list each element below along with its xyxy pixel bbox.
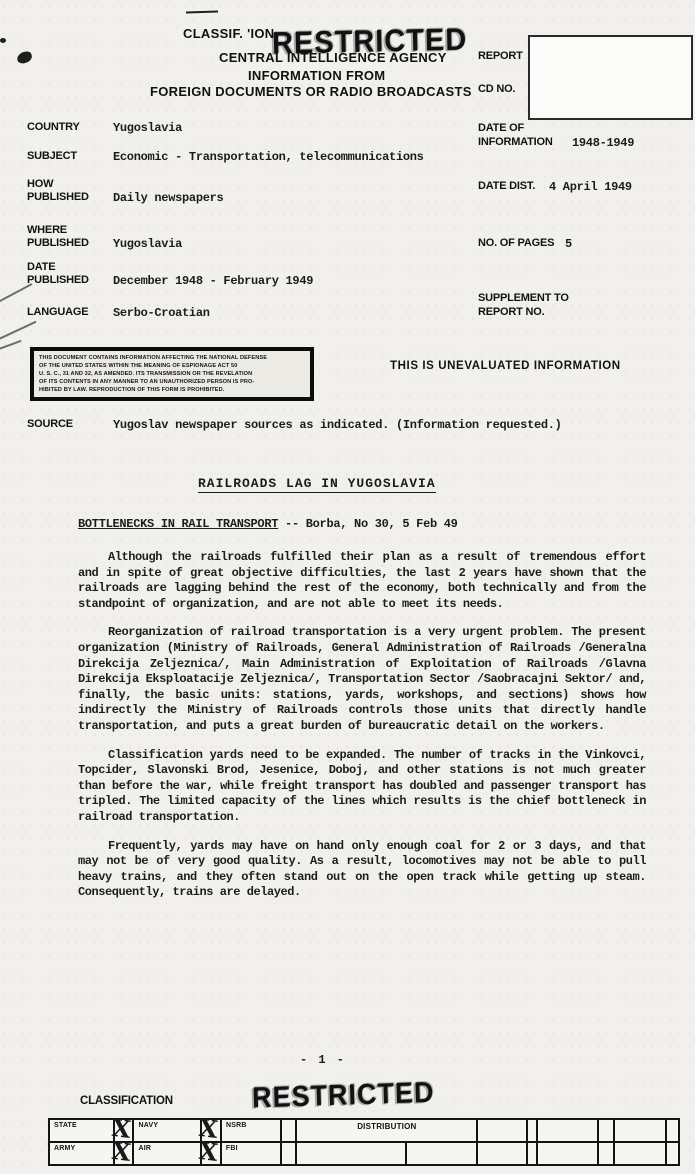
date-published-value: December 1948 - February 1949	[113, 274, 313, 288]
checkbox-fbi: X	[202, 1143, 222, 1164]
footer-classification-label: CLASSIFICATION	[80, 1095, 173, 1107]
checkbox-army-air: X	[115, 1143, 135, 1164]
classification-line: CLASSIF. 'ION	[183, 26, 275, 41]
paragraph: Although the railroads fulfilled their p…	[78, 550, 646, 612]
report-label: REPORT	[478, 50, 523, 62]
cell-army: ARMY	[50, 1143, 115, 1164]
cell-fbi: FBI	[222, 1143, 282, 1164]
distribution-row-1: STATE X NAVY X NSRB DISTRIBUTION	[50, 1120, 678, 1143]
cell-empty	[528, 1120, 538, 1141]
cell-navy: NAVY	[134, 1120, 202, 1141]
unevaluated-notice: THIS IS UNEVALUATED INFORMATION	[390, 360, 621, 372]
check-x-mark: X	[110, 1139, 132, 1165]
distribution-table: STATE X NAVY X NSRB DISTRIBUTION ARMY X …	[48, 1118, 680, 1166]
page-number: - 1 -	[300, 1053, 346, 1067]
headline-main: BOTTLENECKS IN RAIL TRANSPORT	[78, 517, 278, 531]
cell-empty	[478, 1120, 528, 1141]
subject-label: SUBJECT	[27, 150, 77, 162]
cell-empty	[599, 1120, 615, 1141]
ink-speck	[0, 38, 6, 43]
cell-empty	[667, 1143, 678, 1164]
language-value: Serbo-Croatian	[113, 306, 210, 320]
margin-pencil-stroke	[0, 340, 21, 352]
date-of-information-label-2: INFORMATION	[478, 136, 553, 148]
margin-pencil-stroke	[0, 283, 32, 302]
cell-empty	[528, 1143, 538, 1164]
article-headline: BOTTLENECKS IN RAIL TRANSPORT -- Borba, …	[78, 517, 458, 531]
ink-blot	[16, 50, 33, 65]
cell-distribution-header: DISTRIBUTION	[297, 1120, 478, 1141]
where-published-value: Yugoslavia	[113, 237, 182, 251]
cell-empty	[615, 1120, 667, 1141]
how-published-label-1: HOW	[27, 178, 53, 190]
cell-empty	[282, 1143, 298, 1164]
where-published-label-2: PUBLISHED	[27, 237, 89, 249]
how-published-value: Daily newspapers	[113, 191, 223, 205]
no-of-pages-label: NO. OF PAGES	[478, 237, 554, 249]
security-warning-line: THIS DOCUMENT CONTAINS INFORMATION AFFEC…	[39, 354, 305, 362]
security-warning-line: OF ITS CONTENTS IN ANY MANNER TO AN UNAU…	[39, 378, 305, 386]
cell-empty	[538, 1120, 600, 1141]
source-value: Yugoslav newspaper sources as indicated.…	[113, 418, 562, 432]
cell-empty	[478, 1143, 528, 1164]
margin-pencil-stroke	[0, 321, 36, 341]
cell-empty	[282, 1120, 298, 1141]
distribution-row-2: ARMY X AIR X FBI	[50, 1143, 678, 1164]
report-number-box	[528, 35, 693, 120]
security-warning-line: HIBITED BY LAW. REPRODUCTION OF THIS FOR…	[39, 386, 305, 394]
paragraph: Reorganization of railroad transportatio…	[78, 625, 646, 734]
restricted-stamp-bottom: RESTRICTED	[252, 1076, 435, 1115]
cell-empty	[538, 1143, 600, 1164]
how-published-label-2: PUBLISHED	[27, 191, 89, 203]
cell-empty	[297, 1143, 406, 1164]
info-from-line2: FOREIGN DOCUMENTS OR RADIO BROADCASTS	[150, 84, 472, 99]
headline-source-ref: -- Borba, No 30, 5 Feb 49	[278, 517, 457, 531]
top-dash-mark	[186, 10, 218, 13]
paragraph: Classification yards need to be expanded…	[78, 748, 646, 826]
supplement-label-1: SUPPLEMENT TO	[478, 292, 569, 304]
cell-empty	[407, 1143, 479, 1164]
date-dist-label: DATE DIST.	[478, 180, 535, 192]
language-label: LANGUAGE	[27, 306, 88, 318]
date-of-information-value: 1948-1949	[572, 136, 634, 150]
supplement-label-2: REPORT NO.	[478, 306, 544, 318]
subject-value: Economic - Transportation, telecommunica…	[113, 150, 424, 164]
date-published-label-1: DATE	[27, 261, 55, 273]
no-of-pages-value: 5	[565, 237, 572, 251]
article-title: RAILROADS LAG IN YUGOSLAVIA	[198, 476, 436, 493]
cell-nsrb: NSRB	[222, 1120, 282, 1141]
security-warning-box: THIS DOCUMENT CONTAINS INFORMATION AFFEC…	[30, 347, 314, 401]
where-published-label-1: WHERE	[27, 224, 67, 236]
agency-name: CENTRAL INTELLIGENCE AGENCY	[219, 50, 447, 65]
source-label: SOURCE	[27, 418, 73, 430]
date-of-information-label-1: DATE OF	[478, 122, 524, 134]
country-label: COUNTRY	[27, 121, 80, 133]
cd-no-label: CD NO.	[478, 83, 515, 95]
paragraph: Frequently, yards may have on hand only …	[78, 839, 646, 901]
security-warning-line: U. S. C., 31 AND 32, AS AMENDED. ITS TRA…	[39, 370, 305, 378]
cell-empty	[615, 1143, 667, 1164]
cell-state: STATE	[50, 1120, 115, 1141]
security-warning-line: OF THE UNITED STATES WITHIN THE MEANING …	[39, 362, 305, 370]
cell-empty	[667, 1120, 678, 1141]
date-dist-value: 4 April 1949	[549, 180, 632, 194]
cell-empty	[599, 1143, 615, 1164]
cell-air: AIR	[134, 1143, 202, 1164]
date-published-label-2: PUBLISHED	[27, 274, 89, 286]
document-page: CLASSIF. 'ION RESTRICTED CENTRAL INTELLI…	[0, 0, 695, 1174]
article-body: Although the railroads fulfilled their p…	[78, 550, 646, 914]
country-value: Yugoslavia	[113, 121, 182, 135]
info-from-line1: INFORMATION FROM	[248, 68, 385, 83]
check-x-mark: X	[198, 1139, 220, 1165]
